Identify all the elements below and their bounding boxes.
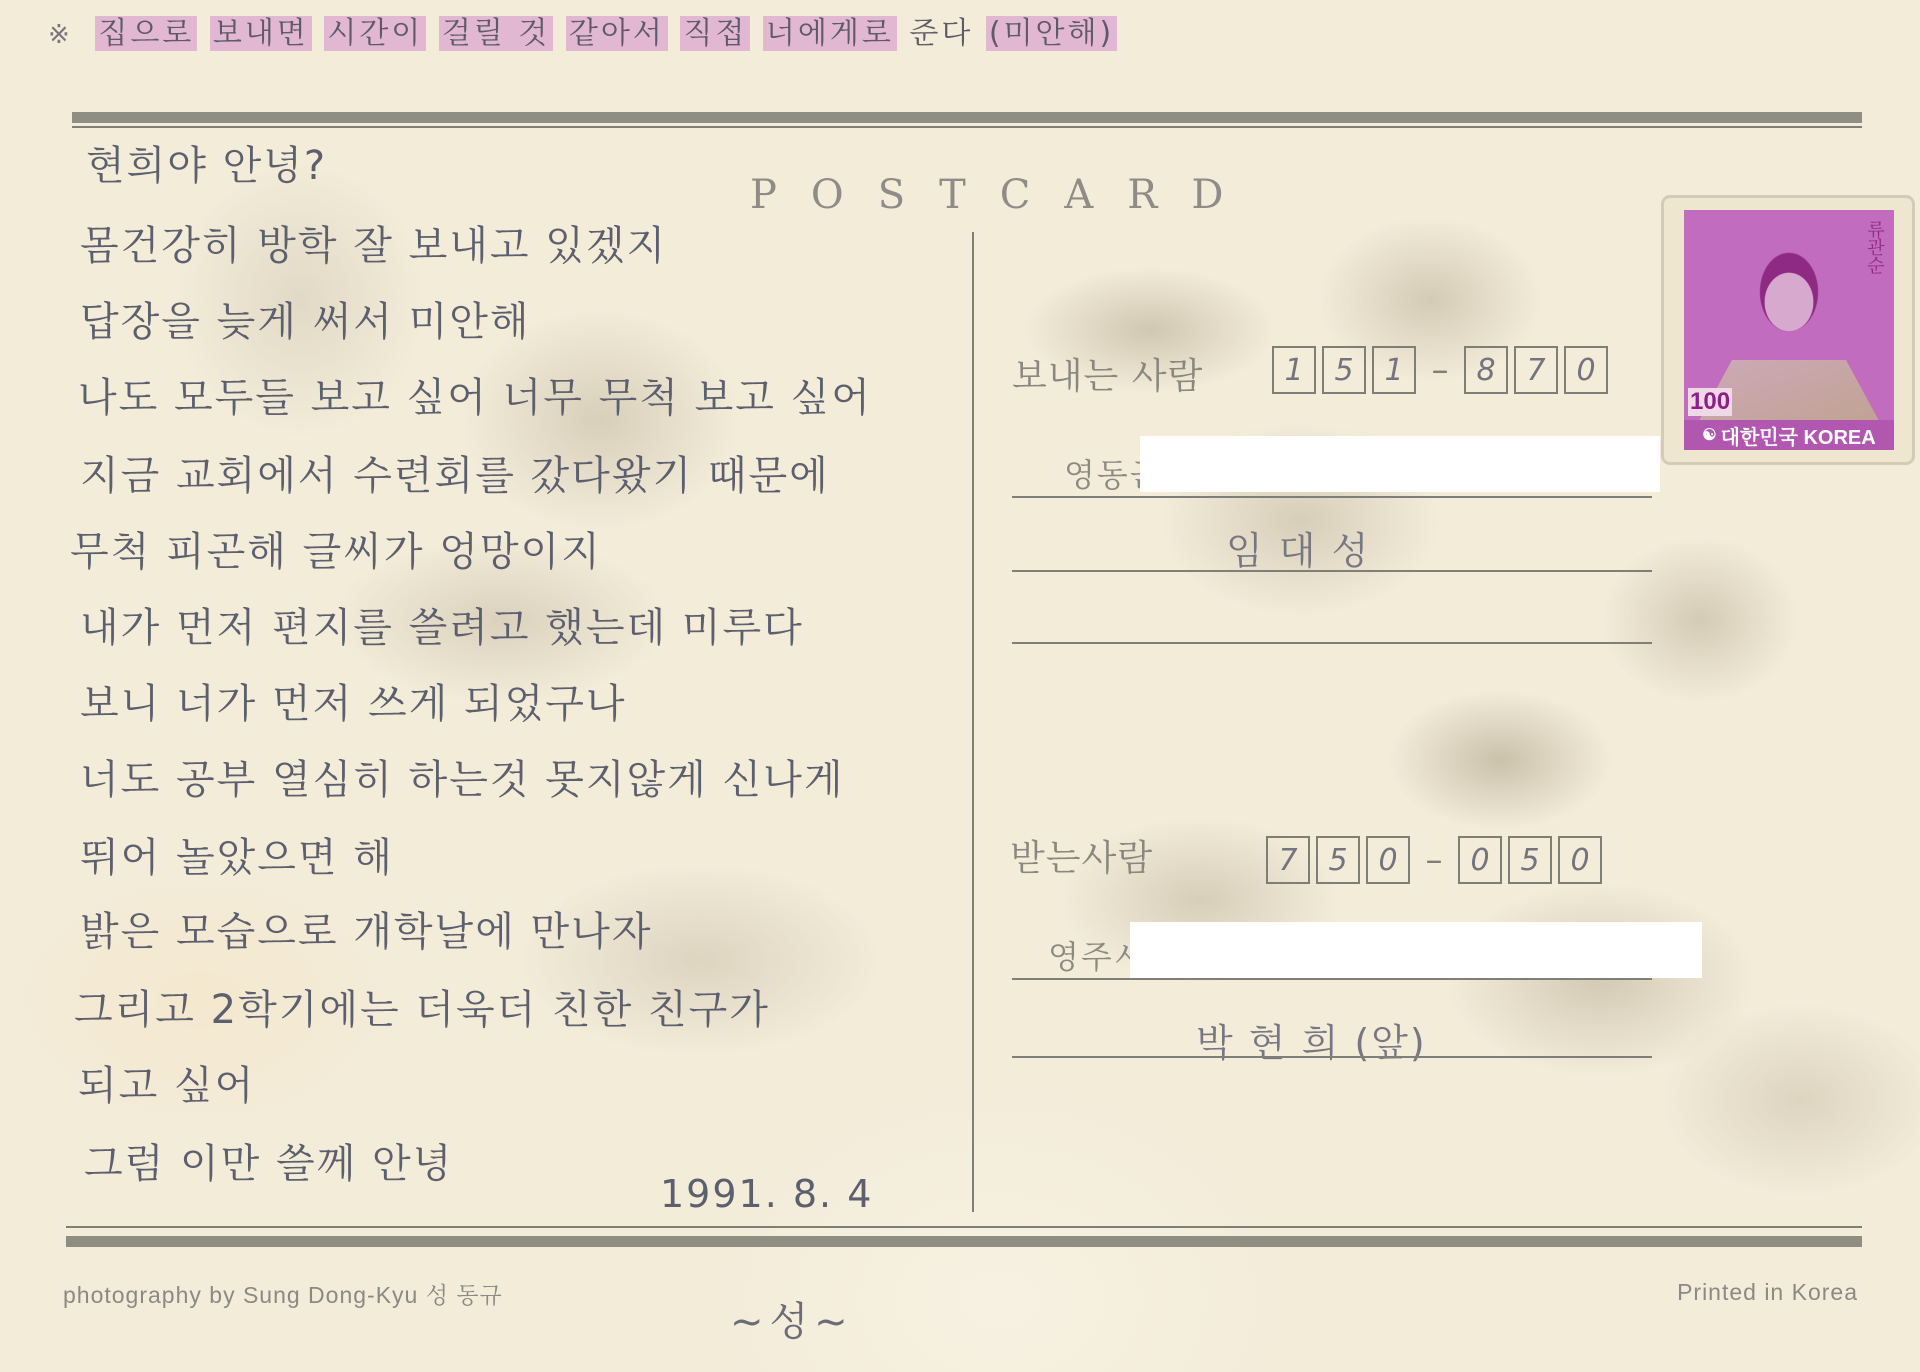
top-note-segment: 준다 xyxy=(909,16,973,51)
letter-line: 내가 먼저 편지를 쓸려고 했는데 미루다 xyxy=(80,596,804,653)
top-note-segment: (미안해) xyxy=(986,16,1117,51)
recipient-zip-digit: 5 xyxy=(1508,836,1552,884)
bottom-thick-rule xyxy=(66,1236,1862,1247)
letter-line: 나도 모두들 보고 싶어 너무 무척 보고 싶어 xyxy=(78,366,872,423)
letter-line: 무척 피곤해 글씨가 엉망이지 xyxy=(70,520,602,577)
sender-line-3 xyxy=(1012,642,1652,644)
stamp-value: 100 xyxy=(1688,388,1732,416)
top-note-segment: 같아서 xyxy=(566,16,668,51)
handwritten-signature: ~성~ xyxy=(730,1290,854,1347)
letter-line: 밝은 모습으로 개학날에 만나자 xyxy=(80,900,652,957)
stamp-portrait-image xyxy=(1734,232,1844,382)
letter-line: 답장을 늦게 써서 미안해 xyxy=(80,290,531,347)
top-note-segment: 집으로 xyxy=(95,16,197,51)
sender-label: 보내는 사람 xyxy=(1012,348,1203,399)
letter-line: 현희야 안녕? xyxy=(86,134,327,191)
recipient-line-2 xyxy=(1012,1056,1652,1058)
top-note-segment: 시간이 xyxy=(324,16,426,51)
sender-line-2 xyxy=(1012,570,1652,572)
top-note-segment: 보내면 xyxy=(210,16,312,51)
letter-line: 지금 교회에서 수련회를 갔다왔기 때문에 xyxy=(80,444,830,501)
bottom-thin-rule xyxy=(66,1226,1862,1228)
letter-date: 1991. 8. 4 xyxy=(660,1172,873,1216)
stamp-country-bar: ☯ 대한민국 KOREA xyxy=(1684,420,1894,450)
top-note-segment: 직접 xyxy=(680,16,750,51)
top-note-segment: 너에게로 xyxy=(763,16,897,51)
letter-line: 너도 공부 열심히 하는것 못지않게 신나게 xyxy=(80,748,844,805)
top-thick-rule xyxy=(72,112,1862,123)
sender-zip: 1 5 1 – 8 7 0 xyxy=(1272,346,1608,394)
recipient-address-redaction xyxy=(1130,922,1702,978)
sender-name: 임 대 성 xyxy=(1226,520,1370,575)
asterisk-marker-icon: ※ xyxy=(48,20,73,50)
sender-zip-digit: 1 xyxy=(1372,346,1416,394)
taegeuk-emblem-icon: ☯ xyxy=(1702,425,1716,445)
sender-zip-digit: 7 xyxy=(1514,346,1558,394)
postcard-title: POSTCARD xyxy=(750,172,1257,218)
letter-line: 뛰어 놀았으면 해 xyxy=(80,826,394,883)
sender-line-1 xyxy=(1012,496,1652,498)
recipient-line-1 xyxy=(1012,978,1652,980)
top-note-segment: 걸릴 것 xyxy=(439,16,553,51)
letter-line: 그리고 2학기에는 더욱더 친한 친구가 xyxy=(74,978,770,1035)
photography-credit: photography by Sung Dong-Kyu 성 동규 xyxy=(63,1277,503,1310)
sender-zip-digit: 0 xyxy=(1564,346,1608,394)
stamp-face: 류관순 100 ☯ 대한민국 KOREA xyxy=(1684,210,1894,450)
stamp-portrait-name: 류관순 xyxy=(1864,220,1886,274)
recipient-zip-separator: – xyxy=(1416,840,1452,880)
letter-line: 되고 싶어 xyxy=(78,1054,255,1111)
recipient-label: 받는사람 xyxy=(1010,830,1153,881)
sender-zip-digit: 8 xyxy=(1464,346,1508,394)
postage-stamp: 류관순 100 ☯ 대한민국 KOREA xyxy=(1664,198,1912,462)
top-note: ※ 집으로 보내면 시간이 걸릴 것 같아서 직접 너에게로 준다 (미안해) xyxy=(48,8,1117,52)
sender-address-redaction xyxy=(1140,436,1660,492)
letter-line: 그럼 이만 쓸께 안녕 xyxy=(84,1132,453,1189)
letter-line: 몸건강히 방학 잘 보내고 있겠지 xyxy=(80,214,667,271)
top-thin-rule xyxy=(72,126,1862,128)
recipient-name: 박 현 희 (앞) xyxy=(1196,1012,1427,1067)
sender-zip-digit: 1 xyxy=(1272,346,1316,394)
letter-line: 보니 너가 먼저 쓰게 되었구나 xyxy=(80,672,627,729)
stamp-country: 대한민국 KOREA xyxy=(1721,421,1876,450)
sender-zip-separator: – xyxy=(1422,350,1458,390)
sender-zip-digit: 5 xyxy=(1322,346,1366,394)
center-divider xyxy=(972,232,974,1212)
recipient-zip-digit: 0 xyxy=(1366,836,1410,884)
recipient-zip: 7 5 0 – 0 5 0 xyxy=(1266,836,1602,884)
recipient-zip-digit: 5 xyxy=(1316,836,1360,884)
recipient-zip-digit: 0 xyxy=(1558,836,1602,884)
printed-in-korea: Printed in Korea xyxy=(1677,1279,1858,1306)
recipient-zip-digit: 0 xyxy=(1458,836,1502,884)
recipient-zip-digit: 7 xyxy=(1266,836,1310,884)
